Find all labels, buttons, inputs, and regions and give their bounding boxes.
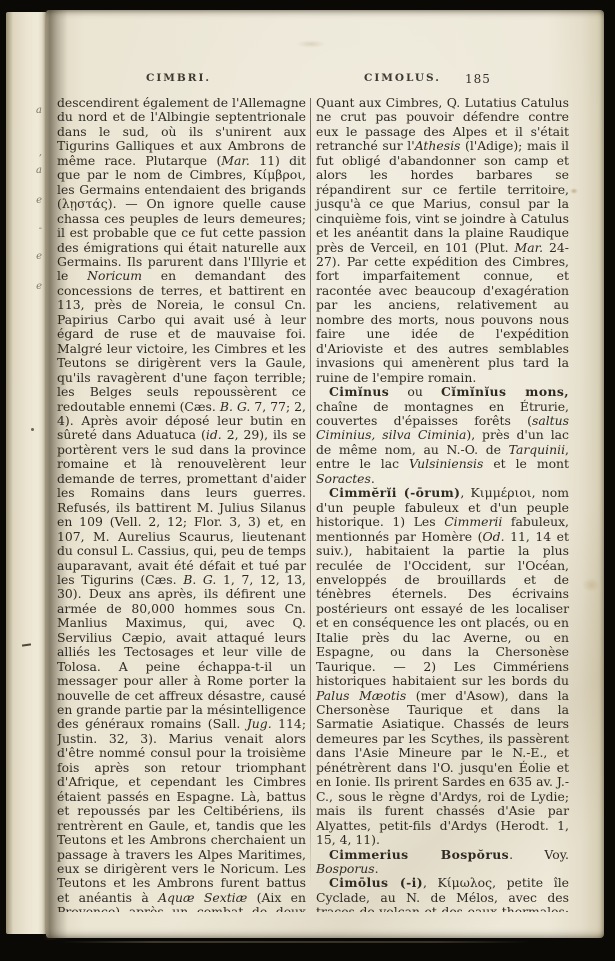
entry-headword: Cimmĕrĭi (-ōrum) [329, 485, 460, 500]
body-text: 2, 29), ils se portèrent vers le sud dan… [57, 427, 306, 587]
italic-text: Od. [482, 529, 504, 544]
body-text: . [371, 471, 375, 486]
italic-text: Palus Mæotis [316, 688, 406, 703]
book-page: CIMBRI. CIMOLUS. 185 descendirent égalem… [46, 10, 604, 938]
italic-text: B. G. [183, 572, 216, 587]
italic-text: B. G. [220, 399, 250, 414]
facing-page-text-fragment: e [36, 282, 42, 292]
body-text: 11) dit que par le nom de Cimbres, Κίμβρ… [57, 153, 306, 284]
body-text: 1, 7, 12, 13, 30). Deux ans après, ils d… [57, 572, 306, 732]
facing-page-text-fragment: - [39, 224, 42, 234]
entry-cimmerii: Cimmĕrĭi (-ōrum), Κιμμέριοι, nom d'un pe… [316, 486, 569, 847]
scanned-book-page: a,ae-ee CIMBRI. CIMOLUS. 185 descendiren… [0, 0, 615, 961]
facing-page-text-fragment: e [36, 196, 42, 206]
italic-text: Noricum [87, 268, 142, 283]
italic-text: Mar. [221, 153, 250, 168]
foxing-stain [582, 578, 600, 592]
italic-text: Vulsiniensis [409, 456, 483, 471]
entry-headword: Cĭmĭnĭus mons, [441, 384, 569, 399]
facing-page-text-fragment: a [36, 166, 42, 176]
body-text: . Voy. [509, 847, 569, 862]
entry-cimolus: Cimōlus (-i), Κίμωλος, petite île Cyclad… [316, 876, 569, 912]
body-text: ou [389, 384, 441, 399]
body-text: (l'Adige); mais il fut obligé d'abandonn… [316, 138, 569, 254]
italic-text: Cimmerii [444, 514, 502, 529]
article-cimbri-continuation: descendirent également de l'Allemagne du… [57, 96, 306, 912]
italic-text: Tarquinii [509, 442, 565, 457]
facing-page-edge: a,ae-ee [6, 12, 46, 934]
italic-text: Aquæ Sextiæ [158, 890, 247, 905]
text-columns: descendirent également de l'Allemagne du… [57, 96, 581, 912]
italic-text: Soractes [316, 471, 371, 486]
page-header: CIMBRI. CIMOLUS. 185 [46, 72, 604, 90]
body-text: . [375, 861, 379, 876]
running-head-left: CIMBRI. [146, 72, 211, 84]
article-cimbri-end: Quant aux Cimbres, Q. Lutatius Catulus n… [316, 96, 569, 385]
entry-ciminus: Cimĭnus ou Cĭmĭnĭus mons, chaîne de mont… [316, 385, 569, 486]
entry-cimmerius-bosporus: Cimmerius Bospŏrus. Voy. Bosporus. [316, 848, 569, 877]
right-column: Quant aux Cimbres, Q. Lutatius Catulus n… [316, 96, 569, 912]
ink-speck [31, 428, 34, 431]
facing-page-text-fragment: , [39, 148, 42, 158]
body-text: et le mont [483, 456, 569, 471]
body-text: 114; Justin. 32, 3). Marius venait alors… [57, 716, 306, 904]
page-number: 185 [465, 72, 491, 86]
italic-text: Jug. [247, 716, 272, 731]
body-text: 24-27). Par cette expédition des Cimbres… [316, 240, 569, 385]
page-stack-edge [60, 941, 530, 943]
entry-headword: Cimĭnus [329, 384, 389, 399]
entry-headword: Cimmerius Bospŏrus [329, 847, 509, 862]
facing-page-text-fragment: a [36, 106, 42, 116]
left-column: descendirent également de l'Allemagne du… [57, 96, 306, 912]
body-text: en demandant des concessions de terres, … [57, 268, 306, 413]
italic-text: Athesis [415, 138, 461, 153]
body-text: 11, 14 et suiv.), habitaient la partie l… [316, 529, 569, 689]
body-text: (mer d'Asow), dans la Chersonèse Tauriqu… [316, 688, 569, 848]
italic-text: Mar. [515, 240, 544, 255]
facing-page-text-fragment: e [36, 252, 42, 262]
italic-text: id. [206, 427, 222, 442]
italic-text: Bosporus [316, 861, 375, 876]
entry-headword: Cimōlus (-i) [329, 875, 423, 890]
column-divider [310, 98, 311, 888]
running-head-right: CIMOLUS. [364, 72, 441, 84]
foxing-stain [296, 40, 326, 48]
